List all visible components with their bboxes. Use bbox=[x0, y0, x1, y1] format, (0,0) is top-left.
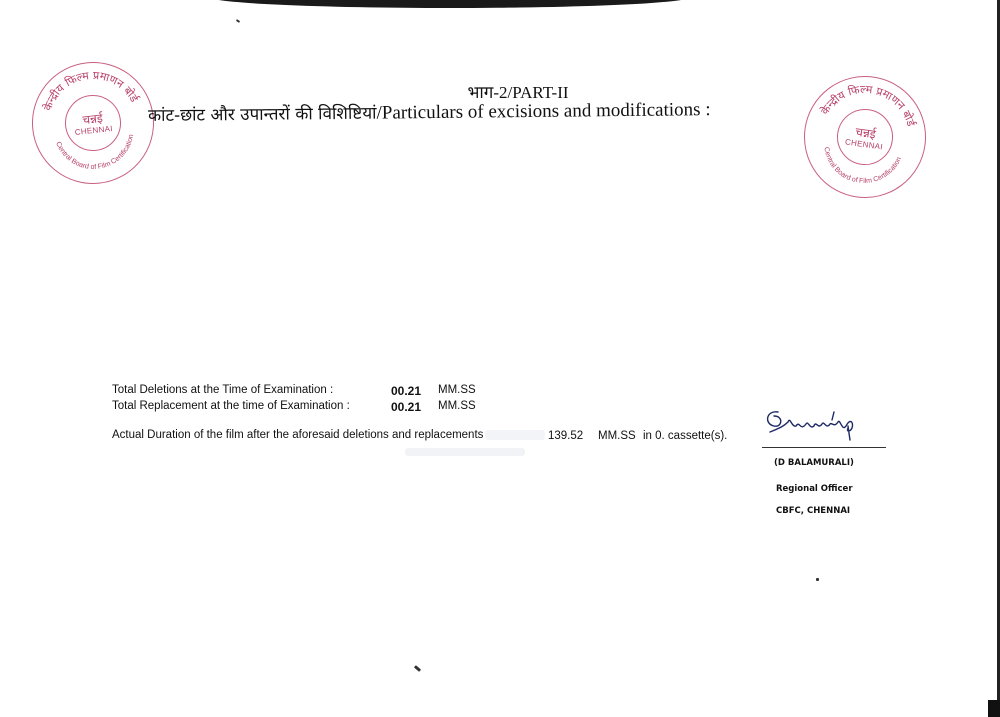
total-deletions-unit: MM.SS bbox=[438, 384, 476, 396]
total-deletions-value: 00.21 bbox=[391, 384, 421, 398]
seal-city-english: CHENNAI bbox=[845, 137, 884, 151]
total-replacement-unit: MM.SS bbox=[438, 400, 476, 412]
cbfc-seal-left: केन्द्रीय फिल्म प्रमाणन बोर्ड Central Bo… bbox=[26, 56, 160, 190]
total-replacement-label: Total Replacement at the time of Examina… bbox=[112, 400, 350, 412]
signature-icon bbox=[760, 402, 890, 446]
scan-speck bbox=[816, 578, 819, 581]
actual-duration-value: 139.52 bbox=[548, 430, 583, 442]
seal-city-english: CHENNAI bbox=[74, 123, 113, 136]
actual-duration-label: Actual Duration of the film after the af… bbox=[112, 429, 483, 441]
bleed-through-mark bbox=[485, 430, 545, 440]
scan-speck bbox=[414, 665, 421, 672]
signature-line bbox=[762, 447, 886, 448]
total-replacement-value: 00.21 bbox=[391, 400, 421, 414]
total-deletions-label: Total Deletions at the Time of Examinati… bbox=[112, 384, 333, 396]
signatory-name: (D BALAMURALI) bbox=[774, 458, 854, 468]
scan-edge-corner bbox=[988, 700, 1000, 717]
bleed-through-mark bbox=[405, 448, 525, 456]
signatory-office: CBFC, CHENNAI bbox=[776, 506, 850, 516]
scan-shadow-top bbox=[210, 0, 690, 8]
actual-duration-unit: MM.SS bbox=[598, 430, 636, 442]
section-heading: कांट-छांट और उपान्तरों की विशिष्टियां/Pa… bbox=[148, 97, 711, 127]
scan-speck bbox=[236, 19, 240, 23]
heading-english: /Particulars of excisions and modificati… bbox=[376, 99, 710, 123]
cassette-count: in 0. cassette(s). bbox=[643, 430, 727, 442]
signatory-designation: Regional Officer bbox=[776, 484, 853, 494]
heading-hindi: कांट-छांट और उपान्तरों की विशिष्टियां bbox=[148, 104, 377, 126]
